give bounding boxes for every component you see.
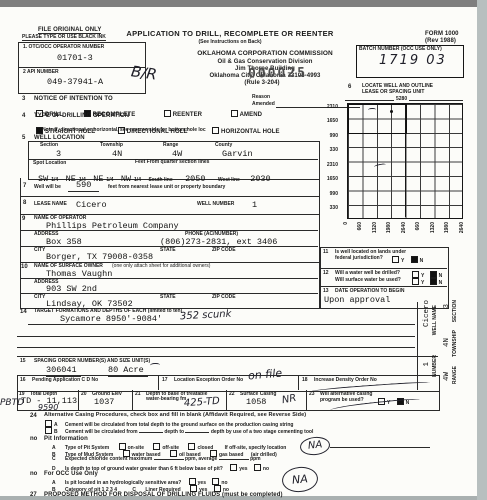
sec12-q1: Will a water well be drilled? [335, 271, 400, 276]
sec7-post: feet from nearest lease unit or property… [108, 185, 225, 190]
sec13-number: 13 [323, 289, 329, 294]
chloride-max-blank [154, 459, 184, 460]
owner-city-label: CITY [34, 295, 45, 300]
checkbox-waterwell-yes [412, 271, 419, 278]
batch-number-value: 1719 03 [379, 54, 463, 67]
sec12-q2: Will surface water be used? [335, 278, 401, 283]
checkbox-reenter [164, 110, 171, 117]
plat-left-label-7: 330 [322, 206, 338, 211]
sec18-number: 18 [302, 378, 308, 383]
sec12-q2-n: N [439, 280, 443, 286]
date-begin-label: DATE OPERATION TO BEGIN [335, 289, 404, 294]
qtr-lines-label: Feet From quarter section lines [135, 160, 209, 165]
sec4-label: TYPE OF DRILLING OPERATION [34, 113, 129, 119]
occ-use-only-label: For OCC Use Only [44, 471, 98, 477]
org-name: OKLAHOMA CORPORATION COMMISSION [197, 51, 333, 58]
target-line-1 [28, 324, 415, 325]
sec4-number: 4 [22, 113, 25, 119]
api-number-label: 2 API NUMBER [23, 70, 145, 75]
sec17-18-divider [298, 375, 299, 390]
sec24-b-text-3: depth by use of a two stage cementing to… [211, 429, 314, 435]
checkbox-cement-b [45, 427, 52, 434]
checkbox-pit-offsite [153, 443, 160, 450]
operator-address: Box 358 [46, 238, 82, 247]
scan-border-top [0, 0, 487, 7]
plat-bottom-label-8: 2640 [460, 222, 465, 233]
sec22-23-divider [306, 390, 307, 410]
plat-left-label-4: 2310 [322, 163, 338, 168]
plat-left-label-2: 990 [322, 134, 338, 139]
well-number-value: 1 [252, 201, 257, 210]
sec26-number: no [30, 471, 37, 477]
black-ink-note: PLEASE TYPE OR USE BLACK INK [22, 35, 106, 41]
groundwater-yes-label: yes [239, 466, 247, 472]
sec7-pre: Well will be [34, 185, 61, 190]
strip-well-name-value: Cicero [424, 300, 432, 327]
pbtd-handwriting-value: 9590 [38, 404, 58, 412]
checkbox-hydro-no [212, 478, 219, 485]
sec6-number: 6 [348, 84, 351, 90]
spacing-unit-outline [348, 104, 407, 134]
sec9-number: 9 [22, 216, 25, 222]
water-depth-label-2: water-bearing fm [146, 397, 186, 402]
groundwater-no-label: no [263, 466, 269, 472]
sec24-b-text-2: depth to [164, 429, 184, 435]
checkbox-groundwater-yes [230, 464, 237, 471]
strip-well-name-label: WELL NAME [433, 305, 438, 335]
received-number-stamp: 000025 [248, 65, 307, 81]
checkbox-federal-no [411, 256, 418, 263]
plat-bottom-label-5: 660 [416, 222, 421, 230]
checkbox-surfacewater-no [430, 278, 437, 285]
strip-township-value: 4N [444, 338, 452, 347]
pit-c-key: C [52, 456, 56, 462]
sec15-number: 15 [20, 359, 26, 364]
checkbox-mud-oil [170, 450, 177, 457]
sec12-number: 12 [323, 271, 329, 276]
sec24-number: 24 [30, 413, 37, 419]
sec16-17-divider [158, 375, 159, 390]
pit-information-label: Pit Information [44, 436, 88, 442]
sec20-number: 20 [81, 392, 87, 397]
sec24-blank-2 [185, 432, 209, 433]
form-number: FORM 1000 [425, 31, 459, 37]
location-exception-handwriting: on file [248, 368, 283, 382]
township-col-label: Township [100, 143, 123, 148]
surface-owner-name: Thomas Vaughn [46, 270, 112, 279]
operator-city-value: Borger, TX 79008-0358 [46, 253, 153, 262]
target-line-3 [17, 347, 415, 348]
ground-elev-value: 1037 [94, 398, 114, 407]
org-division: Oil & Gas Conservation Division [217, 59, 312, 65]
section-col-label: Section [40, 143, 58, 148]
plat-handwritten-mark-1 [368, 108, 376, 112]
checkbox-horizontal-hole-label: HORIZONTAL HOLE [221, 129, 280, 135]
lease-name-label: LEASE NAME [34, 202, 67, 207]
county-col-label: County [215, 143, 232, 148]
sec23-number: 23 [309, 392, 315, 397]
strip-range-label: RANGE [453, 366, 458, 384]
chloride-avg-blank [219, 459, 249, 460]
pit-c-row: C Expected chloride content maximum ppm,… [52, 457, 261, 462]
lease-name-value: Cicero [76, 201, 107, 210]
boundary-distance-value: 590 [68, 181, 99, 192]
sec21-22-divider [226, 390, 227, 410]
plat-bottom-label-7: 1980 [445, 222, 450, 233]
form-title: APPLICATION TO DRILL, RECOMPLETE OR REEN… [126, 30, 333, 38]
strip-divider [417, 302, 418, 390]
operator-number-label: 1. OTC/OCC OPERATOR NUMBER [23, 45, 145, 50]
checkbox-pit-onsite [119, 443, 126, 450]
checkbox-reenter-label: REENTER [173, 112, 202, 118]
sec14-number: 14 [20, 309, 27, 315]
operator-zip-label: ZIP CODE [212, 248, 236, 253]
checkbox-federal-yes [392, 256, 399, 263]
sec24-b-text-1: Cement will be circulated from [65, 429, 138, 435]
well-number-label: WELL NUMBER [197, 202, 234, 207]
operator-name: Phillips Petroleum Company [46, 222, 179, 231]
spacing-order-label: SPACING ORDER NUMBER(S) AND SIZE UNIT(S) [34, 359, 150, 364]
owner-address: 903 SW 2nd [46, 285, 97, 294]
alt-casing-label-2: program be used? [320, 398, 364, 403]
phone-value: (806)273-2831, ext 3406 [160, 238, 277, 247]
spacing-order-arrow [150, 363, 160, 368]
sec7-number: 7 [23, 183, 26, 189]
scanned-form-page: FILE ORIGINAL ONLY PLEASE TYPE OR USE BL… [0, 0, 487, 500]
sec25-number: no [30, 436, 37, 442]
target-formation-value: Sycamore 8950'-9084' [60, 315, 162, 324]
plat-bottom-label-4: 2640 [402, 222, 407, 233]
chloride-label: Expected chloride content maximum [65, 456, 152, 462]
county-value: Garvin [222, 150, 253, 159]
sec11-text2: federal jurisdiction? [335, 256, 383, 261]
plat-bottom-label-0: 0 [344, 222, 349, 225]
checkbox-groundwater-no [254, 464, 261, 471]
sec24-b-row: B Cement will be circulated from depth t… [45, 427, 313, 435]
sec22-number: 22 [229, 392, 235, 397]
reason-label: Reason [252, 95, 270, 100]
range-value: 4W [172, 150, 182, 159]
checkbox-waterwell-no [430, 271, 437, 278]
batch-number-box: BATCH NUMBER (OCC USE ONLY) 1719 03 [356, 45, 464, 78]
strip-township-label: TOWNSHIP [453, 330, 458, 357]
sec11-y-label: Y [401, 258, 404, 264]
checkbox-pit-closed [188, 443, 195, 450]
disposal-method-label: PROPOSED METHOD FOR DISPOSAL OF DRILLING… [44, 492, 283, 498]
location-exception-label: Location Exception Order No [174, 378, 243, 383]
plat-left-label-6: 990 [322, 192, 338, 197]
chloride-avg-label: ppm, average [185, 456, 217, 462]
plat-width-label: 5280 [394, 97, 409, 102]
sec10-number: 10 [21, 264, 28, 270]
owner-zip-label: ZIP CODE [212, 295, 236, 300]
sec11-number: 11 [323, 250, 328, 255]
date-begin-value: Upon approval [324, 296, 390, 305]
sec15-top-border [17, 356, 438, 357]
plat-left-label-0: 2310 [322, 105, 338, 110]
checkbox-surfacewater-yes [412, 278, 419, 285]
plat-bottom-label-2: 1320 [373, 222, 378, 233]
sec12-q2-y: Y [421, 280, 424, 286]
plat-bottom-label-3: 1980 [387, 222, 392, 233]
plat-bottom-label-1: 660 [358, 222, 363, 230]
plat-bottom-label-6: 1320 [431, 222, 436, 233]
sec12-q2-answers: Y N [412, 278, 442, 286]
surface-casing-value: 1058 [246, 398, 266, 407]
sec11-answers: Y N [392, 256, 423, 264]
sec3-label: NOTICE OF INTENTION TO [34, 96, 113, 102]
checkbox-amend-label: AMEND [240, 112, 263, 118]
plat-left-label-5: 1650 [322, 177, 338, 182]
sec3-number: 3 [22, 96, 25, 102]
scan-border-right [477, 0, 487, 500]
checkbox-liner-yes [190, 485, 197, 492]
plat-grid [347, 103, 463, 219]
sec17-number: 17 [162, 378, 168, 383]
form-revision: (Rev 1988) [425, 38, 456, 44]
checkbox-liner-no [214, 485, 221, 492]
sec20-21-divider [132, 390, 133, 410]
chloride-ppm-label: ppm [250, 456, 261, 462]
plat-left-label-3: 330 [322, 148, 338, 153]
increase-density-label: Increase Density Order No [314, 378, 377, 383]
checkbox-hydro-yes [189, 478, 196, 485]
strip-range-value: 4W [444, 372, 452, 381]
batch-number-label: BATCH NUMBER (OCC USE ONLY) [359, 47, 463, 52]
spot-location-label: Spot Location [33, 161, 66, 166]
sec24-blank-1 [139, 432, 163, 433]
strip-number-value: 1 [424, 362, 432, 367]
file-original-note: FILE ORIGINAL ONLY [38, 27, 101, 34]
range-col-label: Range [163, 143, 178, 148]
amended-label: Amended [252, 102, 275, 107]
section-value: 3 [56, 150, 61, 159]
form-subtitle: (See Instructions on Back) [198, 40, 261, 45]
strip-section-label: SECTION [453, 300, 458, 322]
sec5-number: 5 [22, 135, 25, 141]
operator-state-label: STATE [160, 248, 176, 253]
sec11-n-label: N [420, 258, 424, 264]
surface-owner-sublabel: (one only attach sheet for additional ow… [112, 264, 210, 269]
api-handwritten-note: B/R [130, 64, 158, 82]
plat-handwritten-mark-2 [374, 163, 387, 169]
pbtd-handwriting-label: PBTD [0, 399, 24, 408]
checkbox-amend [231, 110, 238, 117]
alt-casing-procedures-label: Alternative Casing Procedures, check box… [44, 413, 306, 419]
plat-label-2: LEASE OR SPACING UNIT [362, 90, 424, 95]
sec16-number: 16 [20, 378, 26, 383]
owner-state-label: STATE [160, 295, 176, 300]
checkbox-horizontal-hole [212, 127, 219, 134]
sec4-note: Note If, directional or horizontal, see … [42, 128, 206, 133]
sec12-divider [320, 286, 447, 287]
sec19-20-divider [78, 390, 79, 410]
pit-location-blank [330, 447, 430, 448]
sec8-number: 8 [23, 200, 26, 206]
sec27-number: 27 [30, 492, 37, 498]
operator-city-label: CITY [34, 248, 45, 253]
pending-application-label: Pending Application C D No [32, 378, 98, 383]
township-value: 4N [112, 150, 122, 159]
sec21-number: 21 [135, 392, 141, 397]
sec11-divider [320, 268, 447, 269]
plat-left-label-1: 1650 [322, 119, 338, 124]
strip-section-value: 3 [444, 304, 452, 309]
checkbox-cement-a [45, 420, 52, 427]
operator-api-box: 1. OTC/OCC OPERATOR NUMBER 01701-3 2 API… [18, 42, 146, 94]
sec24-b-key: B [54, 429, 58, 435]
target-line-2 [17, 336, 415, 337]
strip-number-label: NUMBER [433, 355, 438, 377]
